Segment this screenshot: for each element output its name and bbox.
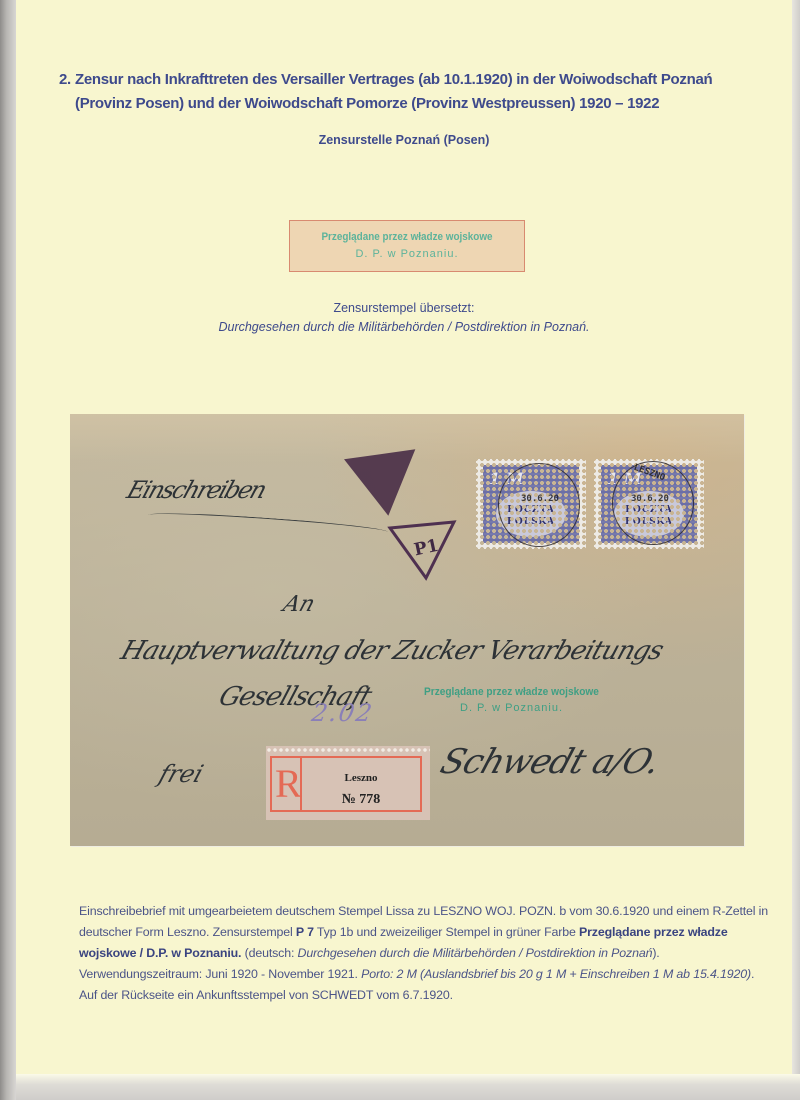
postmark-circle: 30.6.20 [498, 463, 580, 547]
handwriting-destination-city: Schwedt a/O. [436, 742, 665, 782]
postage-stamps-pair: 1 M POCZTA POLSKA 1 M POCZTA POLSKA 30.6… [476, 459, 707, 549]
postmark-circle: LESZNO 30.6.20 [612, 461, 694, 545]
page-title: 2.Zensur nach Inkrafttreten des Versaill… [59, 68, 759, 116]
envelope-censor-line-2: D. P. w Poznaniu. [460, 702, 563, 714]
violet-triangle-mark [344, 449, 424, 520]
title-line-2: (Provinz Posen) und der Woiwodschaft Pom… [59, 92, 759, 116]
page-subtitle: Zensurstelle Poznań (Posen) [16, 133, 792, 147]
handwriting-frei: frei [155, 760, 206, 788]
postmark-date: 30.6.20 [521, 494, 559, 504]
description-postage: Porto: 2 M (Auslandsbrief bis 20 g 1 M +… [361, 967, 751, 981]
censor-stamp-line-2: D. P. w Poznaniu. [290, 248, 524, 260]
triangle-p1-mark: P1 [386, 518, 458, 582]
sheet-bottom-edge [16, 1074, 800, 1100]
registration-label: R Leszno № 778 [266, 746, 430, 820]
postmark-date: 30.6.20 [631, 494, 669, 504]
censor-stamp-illustration: Przeglądane przez władze wojskowe D. P. … [289, 220, 525, 272]
handwriting-einschreiben: Einschreiben [123, 476, 268, 504]
handwriting-an: An [280, 592, 318, 617]
description-text: (deutsch: [241, 946, 297, 960]
label-frame: R Leszno № 778 [270, 756, 422, 812]
postmark-town: LESZNO [632, 463, 666, 484]
binder-edge-right [792, 0, 800, 1100]
pencil-notation: 2.02 [310, 699, 376, 727]
label-perforation [266, 746, 430, 754]
title-line-1: Zensur nach Inkrafttreten des Versailler… [75, 71, 712, 88]
registration-city: Leszno [302, 772, 420, 784]
description-translation: Durchgesehen durch die Militärbehörden /… [298, 946, 653, 960]
section-number: 2. [59, 68, 75, 92]
exhibit-sheet: 2.Zensur nach Inkrafttreten des Versaill… [16, 0, 792, 1074]
envelope-image: Einschreiben P1 1 M POCZTA POLSKA 1 M PO [70, 414, 744, 846]
description-censor-code: P 7 [296, 925, 314, 939]
registration-number: № 778 [302, 792, 420, 808]
handwriting-address-line-1: Hauptverwaltung der Zucker Verarbeitungs [117, 636, 667, 666]
translation-label: Zensurstempel übersetzt: [16, 301, 792, 315]
binder-edge-left [0, 0, 16, 1100]
censor-stamp-line-1: Przeglądane przez władze wojskowe [302, 231, 513, 243]
envelope-censor-line-1: Przeglądane przez władze wojskowe [424, 686, 599, 698]
description-text: Typ 1b und zweizeiliger Stempel in grüne… [314, 925, 579, 939]
registration-letter: R [275, 760, 302, 807]
description-paragraph: Einschreibebrief mit umgearbeietem deuts… [79, 901, 769, 1006]
translation-text: Durchgesehen durch die Militärbehörden /… [16, 320, 792, 334]
